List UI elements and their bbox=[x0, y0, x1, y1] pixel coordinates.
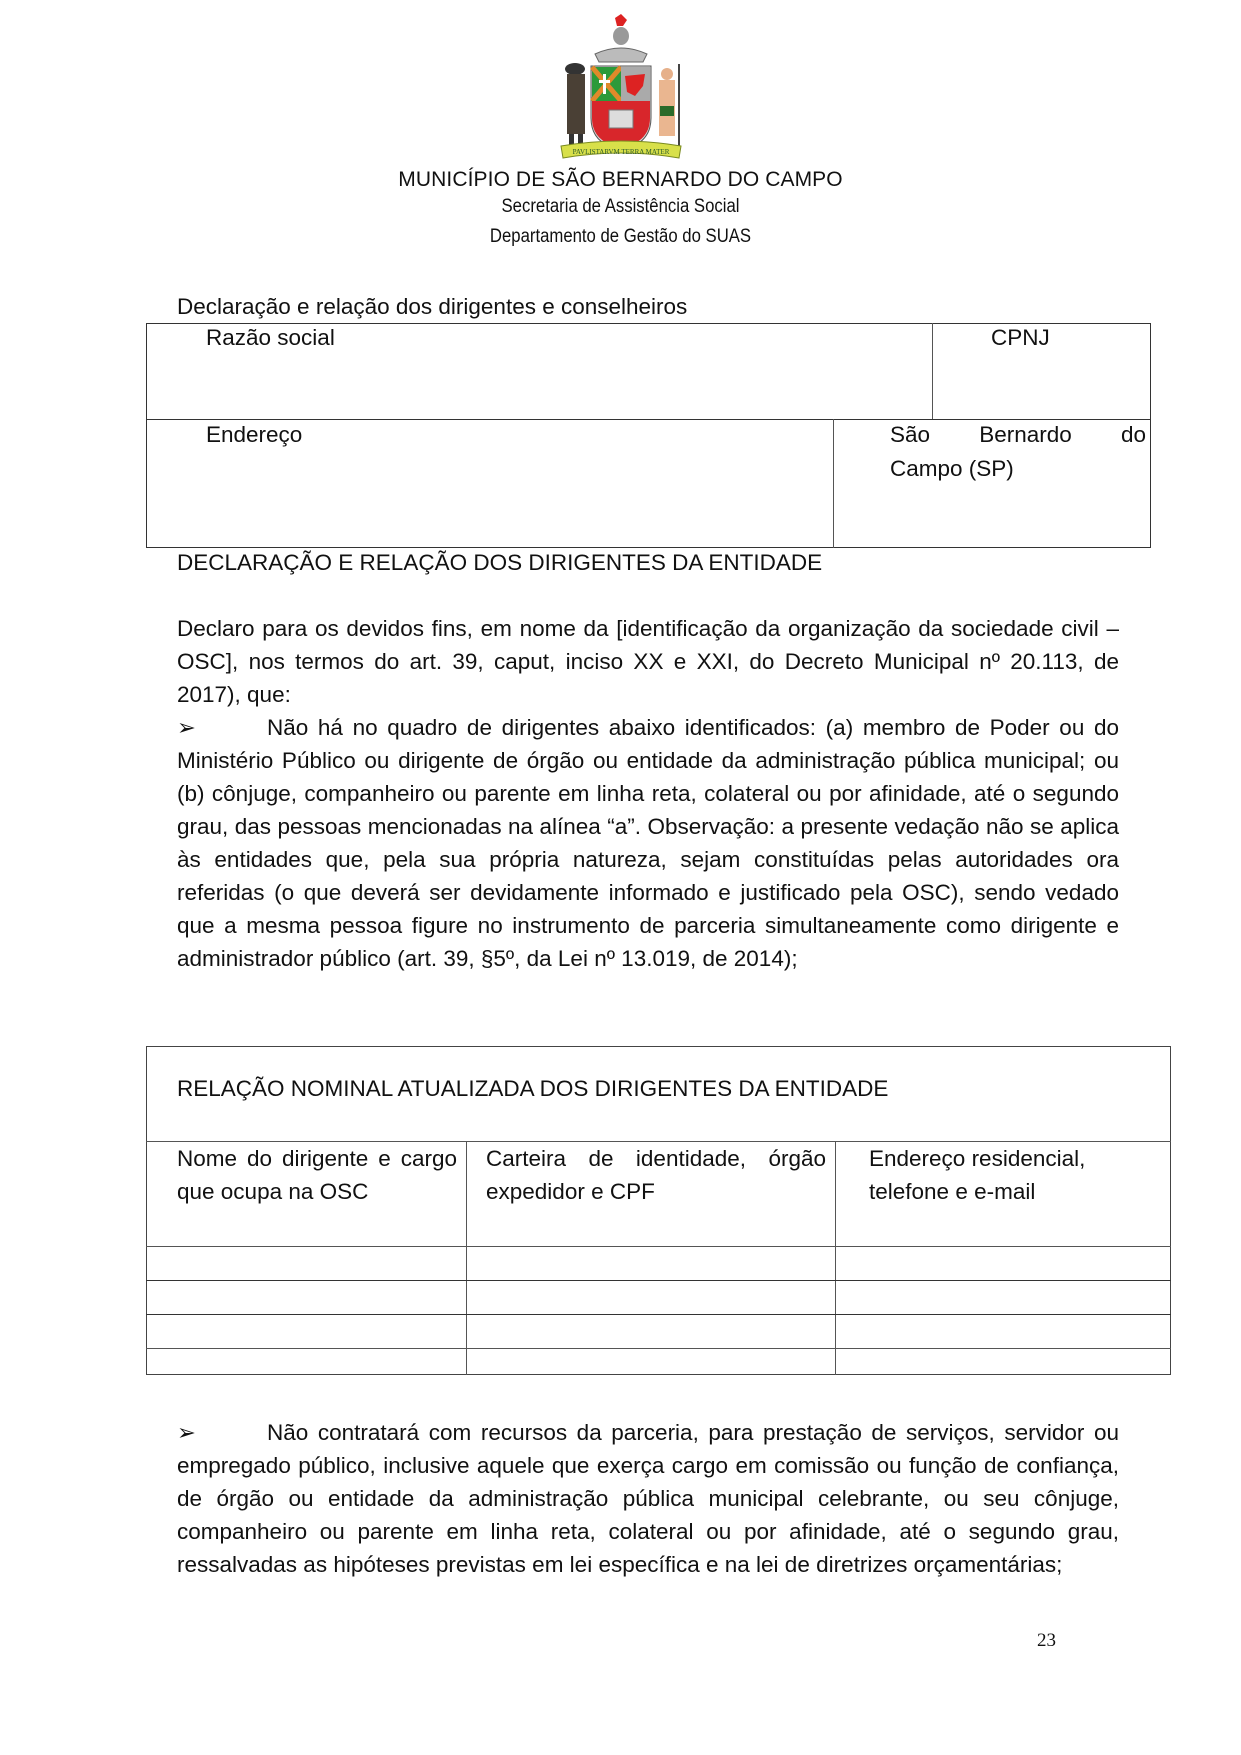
cnpj-field[interactable] bbox=[945, 356, 1140, 411]
director-id-cell[interactable] bbox=[467, 1315, 834, 1347]
company-name-field[interactable] bbox=[206, 356, 906, 411]
column-header-id-text: Carteira de identidade, órgão expedidor … bbox=[486, 1146, 826, 1204]
column-header-address: Endereço residencial, telefone e e-mail bbox=[869, 1142, 1129, 1208]
bullet-paragraph-2: ➢Não contratará com recursos da parceria… bbox=[177, 1416, 1119, 1581]
municipality-name: MUNICÍPIO DE SÃO BERNARDO DO CAMPO bbox=[0, 168, 1241, 192]
director-name-cell[interactable] bbox=[147, 1315, 465, 1347]
director-name-cell[interactable] bbox=[147, 1281, 465, 1313]
entity-table-col-divider bbox=[833, 419, 834, 548]
intro-paragraph: Declaro para os devidos fins, em nome da… bbox=[177, 612, 1119, 711]
cnpj-label: CPNJ bbox=[991, 321, 1050, 354]
address-field[interactable] bbox=[206, 452, 806, 537]
column-header-address-text: Endereço residencial, telefone e e-mail bbox=[869, 1146, 1085, 1204]
directors-table-title: RELAÇÃO NOMINAL ATUALIZADA DOS DIRIGENTE… bbox=[177, 1072, 888, 1105]
director-name-cell[interactable] bbox=[147, 1247, 465, 1279]
column-header-name-text: Nome do dirigente e cargo que ocupa na O… bbox=[177, 1146, 457, 1204]
section-heading: DECLARAÇÃO E RELAÇÃO DOS DIRIGENTES DA E… bbox=[177, 546, 822, 579]
bullet-2-text: Não contratará com recursos da parceria,… bbox=[177, 1420, 1119, 1577]
bullet-paragraph-1: ➢Não há no quadro de dirigentes abaixo i… bbox=[177, 711, 1119, 975]
secretariat-name: Secretaria de Assistência Social bbox=[74, 196, 1166, 218]
bullet-1-text: Não há no quadro de dirigentes abaixo id… bbox=[177, 715, 1119, 971]
arrow-bullet-icon: ➢ bbox=[177, 1416, 267, 1449]
director-id-cell[interactable] bbox=[467, 1247, 834, 1279]
city-value-line2: Campo (SP) bbox=[890, 452, 1014, 485]
column-header-id: Carteira de identidade, órgão expedidor … bbox=[486, 1142, 826, 1208]
page-number: 23 bbox=[1037, 1630, 1056, 1652]
coat-of-arms-icon: PAVLISTARVM TERRA MATER bbox=[555, 14, 687, 164]
svg-text:PAVLISTARVM TERRA MATER: PAVLISTARVM TERRA MATER bbox=[573, 148, 670, 156]
document-title: Declaração e relação dos dirigentes e co… bbox=[177, 290, 687, 323]
director-id-cell[interactable] bbox=[467, 1349, 834, 1374]
company-name-label: Razão social bbox=[206, 321, 335, 354]
city-value-line1: São Bernardo do bbox=[890, 422, 1146, 447]
city-line1: São Bernardo do bbox=[890, 418, 1146, 451]
director-id-cell[interactable] bbox=[467, 1281, 834, 1313]
director-address-cell[interactable] bbox=[836, 1247, 1170, 1279]
director-address-cell[interactable] bbox=[836, 1315, 1170, 1347]
entity-table-col-divider bbox=[932, 323, 933, 419]
director-address-cell[interactable] bbox=[836, 1349, 1170, 1374]
director-name-cell[interactable] bbox=[147, 1349, 465, 1374]
arrow-bullet-icon: ➢ bbox=[177, 711, 267, 744]
department-name: Departamento de Gestão do SUAS bbox=[74, 226, 1166, 248]
column-header-name: Nome do dirigente e cargo que ocupa na O… bbox=[177, 1142, 457, 1208]
director-address-cell[interactable] bbox=[836, 1281, 1170, 1313]
address-label: Endereço bbox=[206, 418, 302, 451]
